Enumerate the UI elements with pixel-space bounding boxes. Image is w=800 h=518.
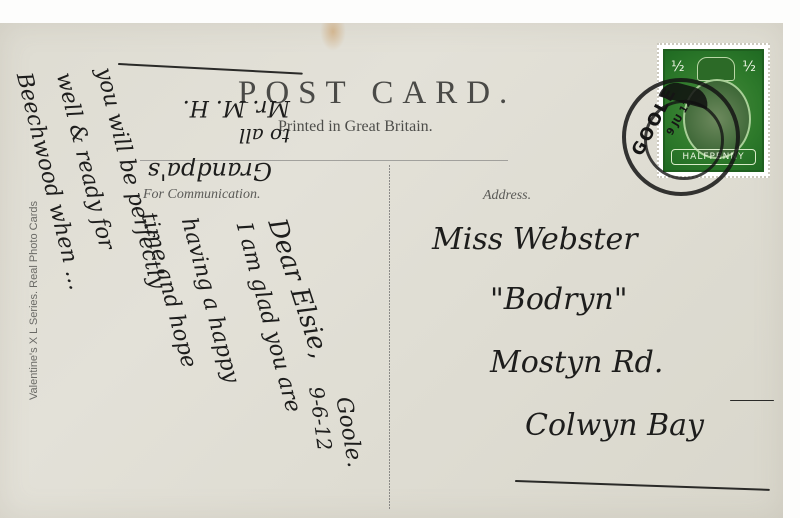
crown-icon: [697, 57, 735, 81]
center-divider: [389, 165, 390, 510]
address-line-name: Miss Webster: [432, 222, 638, 257]
message-inverted-line-3: Mr. M. H.: [183, 95, 290, 120]
address-line-street: Mostyn Rd.: [490, 345, 663, 380]
printed-in-note: Printed in Great Britain.: [278, 118, 433, 136]
address-underline-rd: [730, 400, 774, 401]
publisher-imprint: Valentine's X L Series. Real Photo Cards: [28, 201, 40, 400]
address-label: Address.: [483, 188, 531, 204]
age-stain: [320, 23, 346, 51]
address-line-house: "Bodryn": [490, 282, 628, 317]
message-inverted-line-2: to all: [239, 124, 290, 148]
communication-label: For Communication.: [143, 187, 260, 203]
message-inverted-line-1: Grandpa's: [148, 157, 272, 185]
stamp-fraction-right: ½: [742, 59, 756, 75]
address-line-town: Colwyn Bay: [525, 408, 704, 443]
stamp-fraction-left: ½: [671, 59, 685, 75]
